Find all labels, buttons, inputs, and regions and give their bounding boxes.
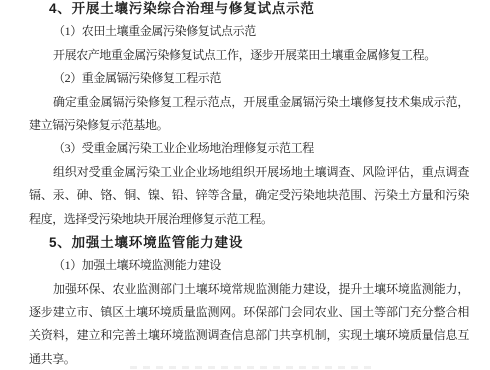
document-text-block: 4、开展土壤污染综合治理与修复试点示范 （1）农田土壤重金属污染修复试点示范 开… — [29, 0, 469, 370]
item-4-3-body-line-3: 程度，选择受污染地块开展治理修复示范工程。 — [29, 208, 469, 231]
item-5-1-subheading: （1）加强土壤环境监测能力建设 — [29, 254, 469, 277]
section-5-heading: 5、加强土壤环境监管能力建设 — [29, 231, 469, 254]
section-4-heading: 4、开展土壤污染综合治理与修复试点示范 — [29, 0, 469, 20]
item-4-1-subheading: （1）农田土壤重金属污染修复试点示范 — [29, 20, 469, 43]
item-4-1-body-line: 开展农产地重金属污染修复试点工作，逐步开展菜田土壤重金属修复工程。 — [29, 44, 469, 67]
item-4-3-body-line-1: 组织对受重金属污染工业企业场地组织开展场地土壤调查、风险评估，重点调查 — [29, 161, 469, 184]
item-4-2-body-line-1: 确定重金属镉污染修复工程示范点，开展重金属镉污染土壤修复技术集成示范， — [29, 91, 469, 114]
item-4-2-subheading: （2）重金属镉污染修复工程示范 — [29, 67, 469, 90]
item-4-3-body-line-2: 镉、汞、砷、铬、铜、镍、铅、锌等含量，确定受污染地块范围、污染土方量和污染 — [29, 184, 469, 207]
item-5-1-body-line-1: 加强环保、农业监测部门土壤环境常规监测能力建设，提升土壤环境监测能力， — [29, 278, 469, 301]
item-4-3-subheading: （3）受重金属污染工业企业场地治理修复示范工程 — [29, 137, 469, 160]
document-page: 4、开展土壤污染综合治理与修复试点示范 （1）农田土壤重金属污染修复试点示范 开… — [0, 0, 490, 370]
item-5-1-body-line-2: 逐步建立市、镇区土壤环境质量监测网。环保部门会同农业、国土等部门充分整合相 — [29, 301, 469, 324]
clipped-next-line-artifact — [130, 366, 375, 369]
item-4-2-body-line-2: 建立镉污染修复示范基地。 — [29, 114, 469, 137]
item-5-1-body-line-3: 关资料，建立和完善土壤环境监测调查信息部门共享机制，实现土壤环境质量信息互 — [29, 324, 469, 347]
